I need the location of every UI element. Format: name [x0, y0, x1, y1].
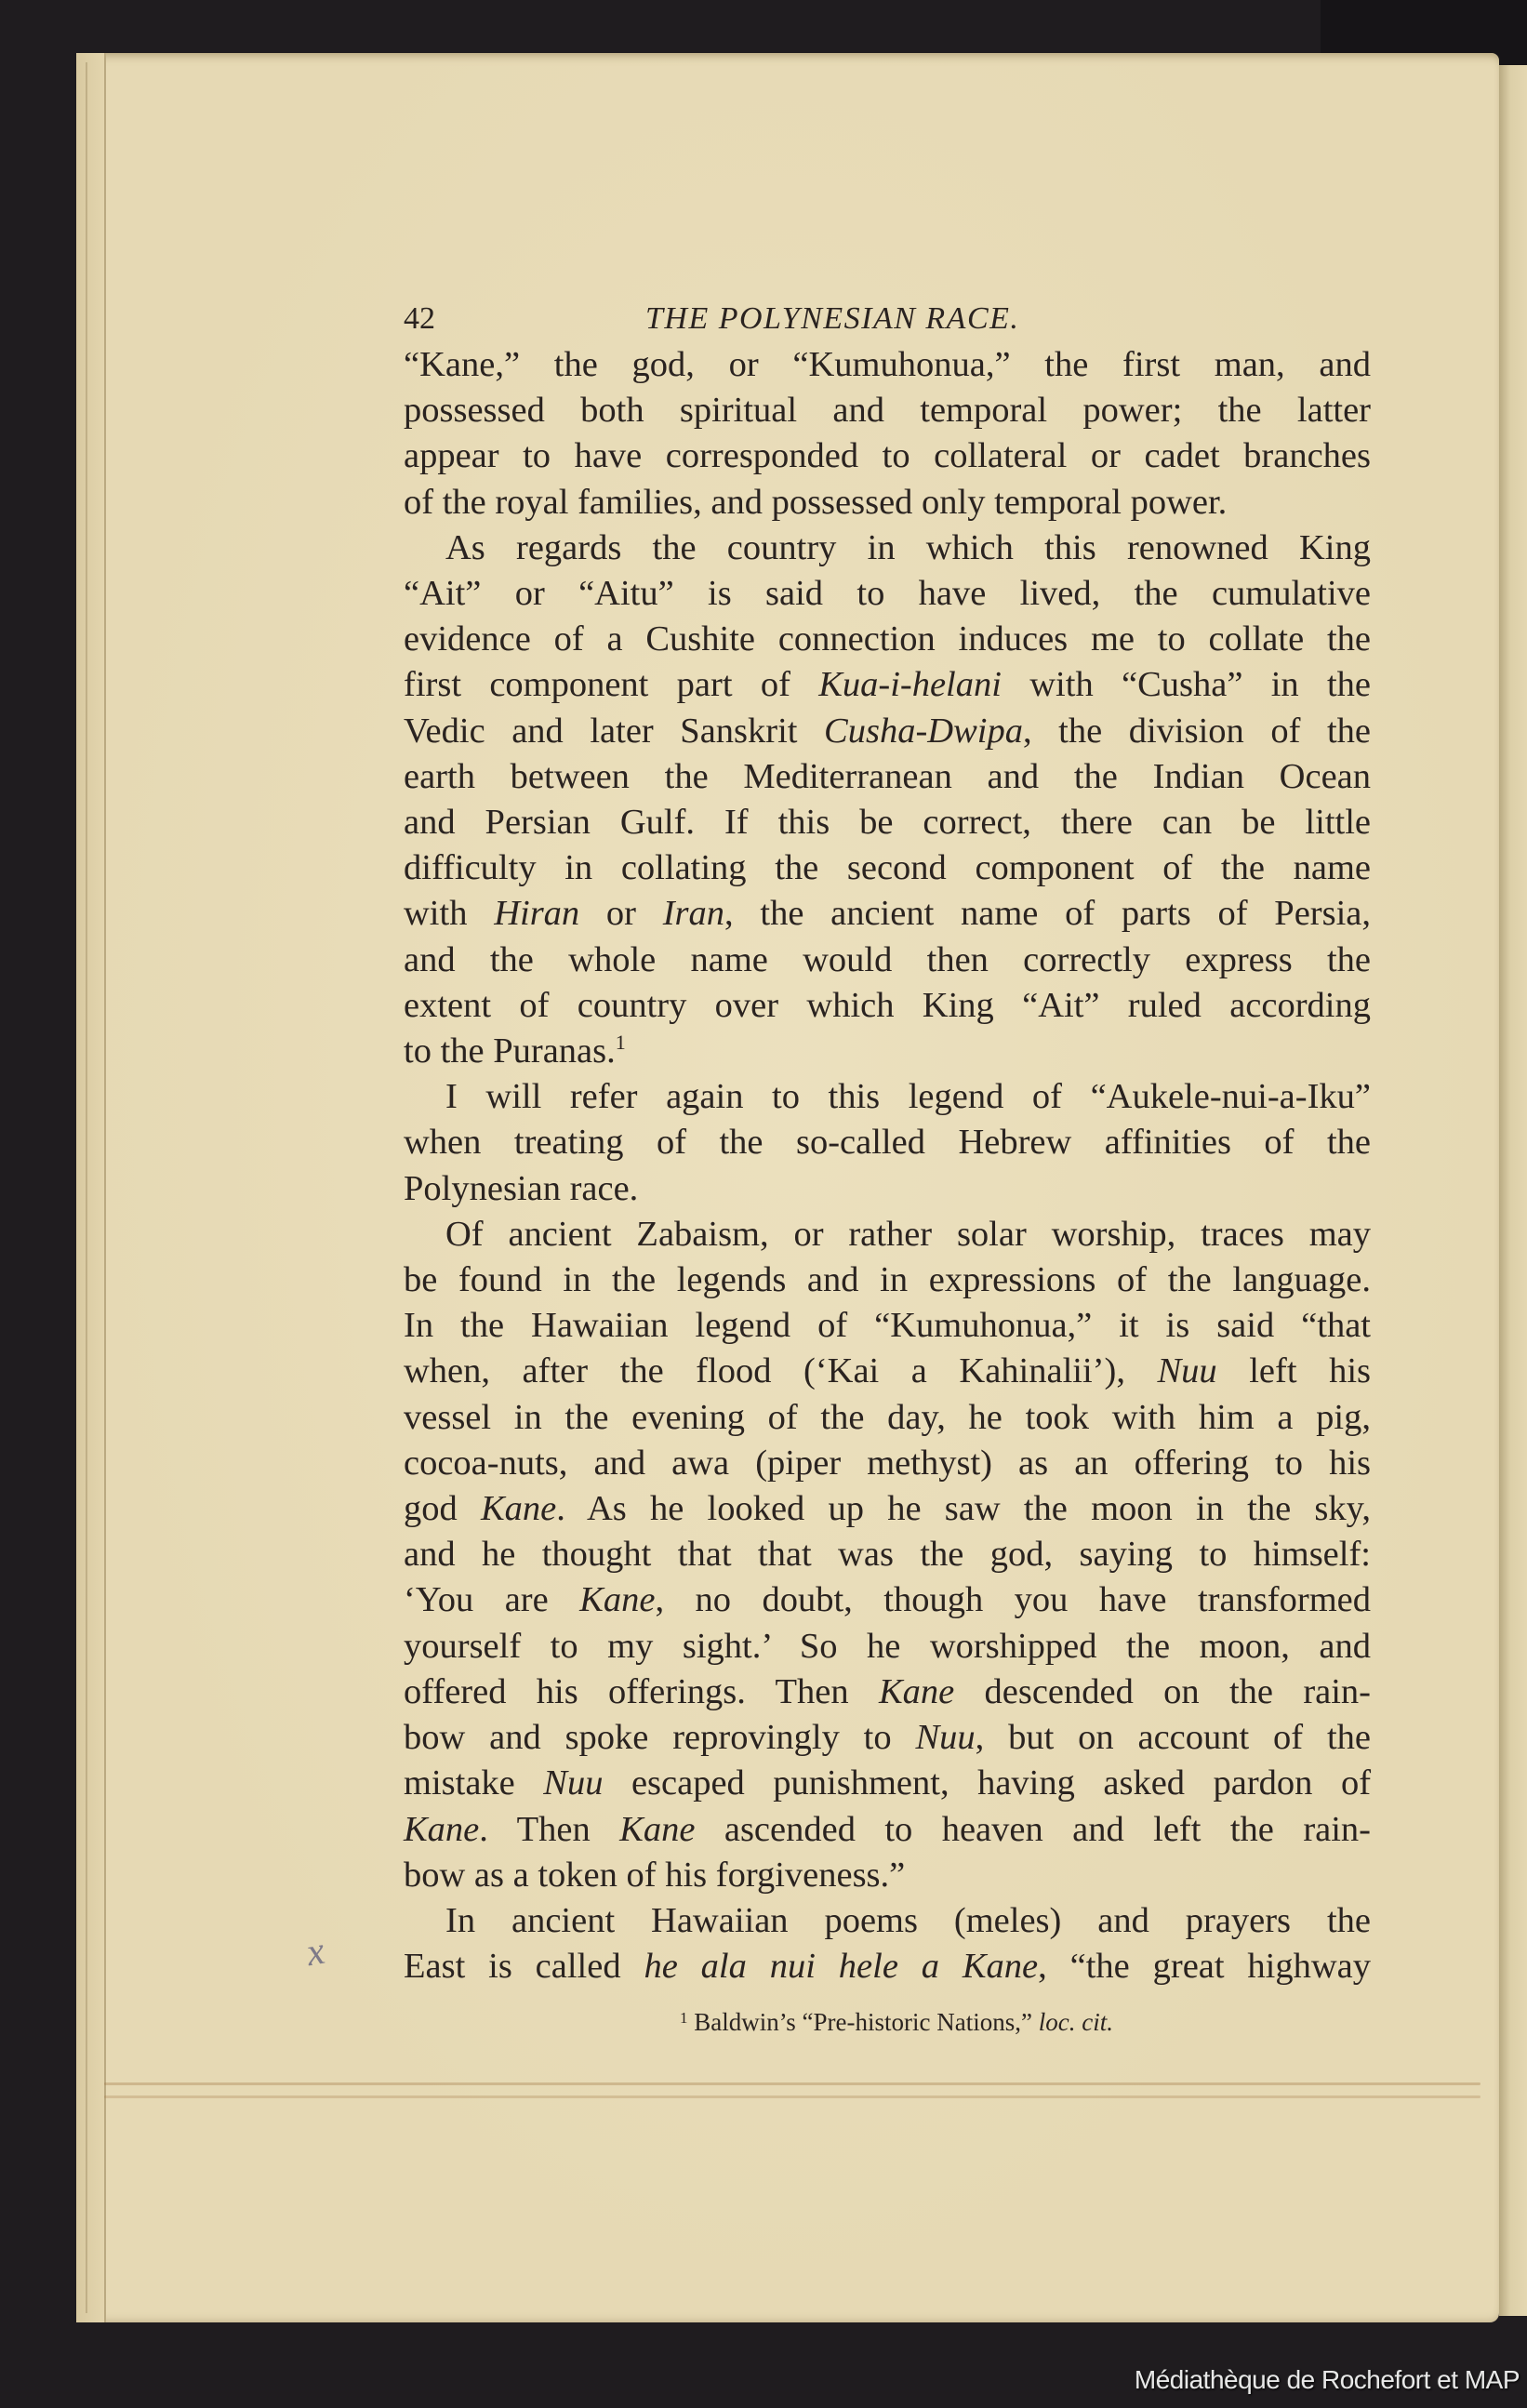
text-run: “Ait” or “Aitu” is said to have lived, t…: [404, 574, 1371, 613]
text-line: vessel in the evening of the day, he too…: [404, 1395, 1371, 1441]
italic-term: Nuu: [915, 1718, 975, 1757]
text-run: first component part of: [404, 665, 818, 704]
text-run: ‘You are: [404, 1580, 579, 1619]
text-line: “Ait” or “Aitu” is said to have lived, t…: [404, 571, 1371, 617]
body-text: “Kane,” the god, or “Kumuhonua,” the fir…: [404, 342, 1371, 1989]
text-run: possessed both spiritual and temporal po…: [404, 391, 1371, 430]
text-run: Vedic and later Sanskrit: [404, 712, 824, 751]
footnote-marker: 1: [680, 2009, 688, 2027]
water-stain-line: [104, 2082, 1481, 2085]
text-line: difficulty in collating the second compo…: [404, 845, 1371, 891]
text-run: bow as a token of his forgiveness.”: [404, 1856, 905, 1895]
text-run: to the Puranas.: [404, 1031, 616, 1071]
text-run: escaped punishment, having asked pardon …: [603, 1763, 1371, 1803]
text-line: with Hiran or Iran, the ancient name of …: [404, 891, 1371, 937]
text-line: Kane. Then Kane ascended to heaven and l…: [404, 1807, 1371, 1853]
text-run: earth between the Mediterranean and the …: [404, 757, 1371, 796]
text-run: extent of country over which King “Ait” …: [404, 986, 1371, 1025]
text-run: appear to have corresponded to collatera…: [404, 436, 1371, 475]
text-line: yourself to my sight.’ So he worshipped …: [404, 1624, 1371, 1670]
text-run: , “the great highway: [1038, 1947, 1371, 1986]
italic-term: Kane: [619, 1810, 695, 1849]
text-line: As regards the country in which this ren…: [404, 526, 1371, 571]
text-run: and the whole name would then correctly …: [404, 940, 1371, 979]
footnote-italic: loc. cit.: [1039, 2008, 1113, 2036]
page-text-block: 42 THE POLYNESIAN RACE. “Kane,” the god,…: [404, 296, 1371, 2038]
text-run: In ancient Hawaiian poems (meles) and pr…: [445, 1901, 1371, 1940]
text-run: be found in the legends and in expressio…: [404, 1260, 1371, 1299]
text-run: bow and spoke reprovingly to: [404, 1718, 915, 1757]
text-line: appear to have corresponded to collatera…: [404, 433, 1371, 479]
text-line: mistake Nuu escaped punishment, having a…: [404, 1761, 1371, 1806]
text-run: or: [579, 894, 663, 933]
footnote-text: Baldwin’s “Pre-historic Nations,”: [688, 2008, 1039, 2036]
text-run: descended on the rain-: [954, 1672, 1371, 1711]
text-line: when, after the flood (‘Kai a Kahinalii’…: [404, 1349, 1371, 1394]
paragraph: As regards the country in which this ren…: [404, 526, 1371, 1074]
text-run: mistake: [404, 1763, 543, 1803]
text-line: to the Puranas.1: [404, 1029, 1371, 1074]
watermark-credit: Médiathèque de Rochefort et MAP: [1135, 2365, 1520, 2395]
italic-term: Hiran: [494, 894, 579, 933]
paragraph: “Kane,” the god, or “Kumuhonua,” the fir…: [404, 342, 1371, 526]
running-head: 42 THE POLYNESIAN RACE.: [404, 296, 1371, 342]
text-line: extent of country over which King “Ait” …: [404, 983, 1371, 1029]
text-line: bow as a token of his forgiveness.”: [404, 1853, 1371, 1898]
text-run: “Kane,” the god, or “Kumuhonua,” the fir…: [404, 345, 1371, 384]
italic-term: Kane: [579, 1580, 655, 1619]
text-run: difficulty in collating the second compo…: [404, 848, 1371, 887]
text-run: Of ancient Zabaism, or rather solar wors…: [445, 1215, 1371, 1254]
text-run: As regards the country in which this ren…: [445, 528, 1371, 567]
text-run: when treating of the so-called Hebrew af…: [404, 1123, 1371, 1162]
text-line: cocoa-nuts, and awa (piper methyst) as a…: [404, 1441, 1371, 1486]
text-run: , the division of the: [1023, 712, 1371, 751]
italic-term: Kane: [404, 1810, 479, 1849]
text-line: I will refer again to this legend of “Au…: [404, 1074, 1371, 1120]
text-line: Of ancient Zabaism, or rather solar wors…: [404, 1212, 1371, 1257]
text-line: be found in the legends and in expressio…: [404, 1257, 1371, 1303]
text-run: , the ancient name of parts of Persia,: [724, 894, 1371, 933]
text-line: god Kane. As he looked up he saw the moo…: [404, 1486, 1371, 1532]
text-line: evidence of a Cushite connection induces…: [404, 617, 1371, 662]
text-line: In ancient Hawaiian poems (meles) and pr…: [404, 1898, 1371, 1944]
text-line: In the Hawaiian legend of “Kumuhonua,” i…: [404, 1303, 1371, 1349]
italic-term: Kane: [481, 1489, 556, 1528]
italic-term: Iran: [663, 894, 724, 933]
text-line: East is called he ala nui hele a Kane, “…: [404, 1944, 1371, 1989]
italic-term: Cusha-Dwipa: [824, 712, 1023, 751]
text-run: with “Cusha” in the: [1002, 665, 1371, 704]
paragraph: I will refer again to this legend of “Au…: [404, 1074, 1371, 1212]
adjacent-page-edge: [1499, 65, 1527, 2316]
text-line: and Persian Gulf. If this be correct, th…: [404, 800, 1371, 845]
text-run: evidence of a Cushite connection induces…: [404, 619, 1371, 659]
text-run: . As he looked up he saw the moon in the…: [556, 1489, 1371, 1528]
text-line: first component part of Kua-i-helani wit…: [404, 662, 1371, 708]
text-line: possessed both spiritual and temporal po…: [404, 388, 1371, 433]
italic-term: Nuu: [1158, 1351, 1217, 1390]
text-line: Polynesian race.: [404, 1166, 1371, 1212]
text-run: In the Hawaiian legend of “Kumuhonua,” i…: [404, 1306, 1371, 1345]
text-line: of the royal families, and possessed onl…: [404, 480, 1371, 526]
text-line: and the whole name would then correctly …: [404, 938, 1371, 983]
text-line: ‘You are Kane, no doubt, though you have…: [404, 1577, 1371, 1623]
text-line: Vedic and later Sanskrit Cusha-Dwipa, th…: [404, 709, 1371, 754]
text-run: I will refer again to this legend of “Au…: [445, 1077, 1371, 1116]
text-run: East is called: [404, 1947, 644, 1986]
footnote-reference: 1: [616, 1031, 626, 1054]
text-line: “Kane,” the god, or “Kumuhonua,” the fir…: [404, 342, 1371, 388]
text-run: ascended to heaven and left the rain-: [695, 1810, 1371, 1849]
text-run: and Persian Gulf. If this be correct, th…: [404, 803, 1371, 842]
footnote: 1 Baldwin’s “Pre-historic Nations,” loc.…: [404, 2002, 1371, 2038]
italic-term: Kane: [879, 1672, 954, 1711]
italic-term: Kua-i-helani: [818, 665, 1002, 704]
text-run: of the royal families, and possessed onl…: [404, 483, 1227, 522]
text-run: with: [404, 894, 494, 933]
text-run: offered his offerings. Then: [404, 1672, 879, 1711]
text-run: when, after the flood (‘Kai a Kahinalii’…: [404, 1351, 1158, 1390]
water-stain-line: [104, 2095, 1481, 2098]
running-head-title: THE POLYNESIAN RACE.: [645, 296, 1019, 342]
italic-term: Nuu: [543, 1763, 603, 1803]
text-line: bow and spoke reprovingly to Nuu, but on…: [404, 1715, 1371, 1761]
paragraph: In ancient Hawaiian poems (meles) and pr…: [404, 1898, 1371, 1989]
text-line: and he thought that that was the god, sa…: [404, 1532, 1371, 1577]
text-run: Polynesian race.: [404, 1169, 638, 1208]
text-run: . Then: [479, 1810, 619, 1849]
text-run: and he thought that that was the god, sa…: [404, 1535, 1371, 1574]
text-run: , no doubt, though you have transformed: [655, 1580, 1371, 1619]
page-number: 42: [404, 296, 435, 342]
text-line: offered his offerings. Then Kane descend…: [404, 1670, 1371, 1715]
text-run: left his: [1217, 1351, 1371, 1390]
text-run: god: [404, 1489, 481, 1528]
text-run: cocoa-nuts, and awa (piper methyst) as a…: [404, 1443, 1371, 1483]
text-line: earth between the Mediterranean and the …: [404, 754, 1371, 800]
text-line: when treating of the so-called Hebrew af…: [404, 1120, 1371, 1165]
text-run: vessel in the evening of the day, he too…: [404, 1398, 1371, 1437]
text-run: yourself to my sight.’ So he worshipped …: [404, 1627, 1371, 1666]
text-run: , but on account of the: [976, 1718, 1371, 1757]
italic-term: he ala nui hele a Kane: [644, 1947, 1038, 1986]
page-edge-left: [76, 53, 106, 2322]
paragraph: Of ancient Zabaism, or rather solar wors…: [404, 1212, 1371, 1898]
